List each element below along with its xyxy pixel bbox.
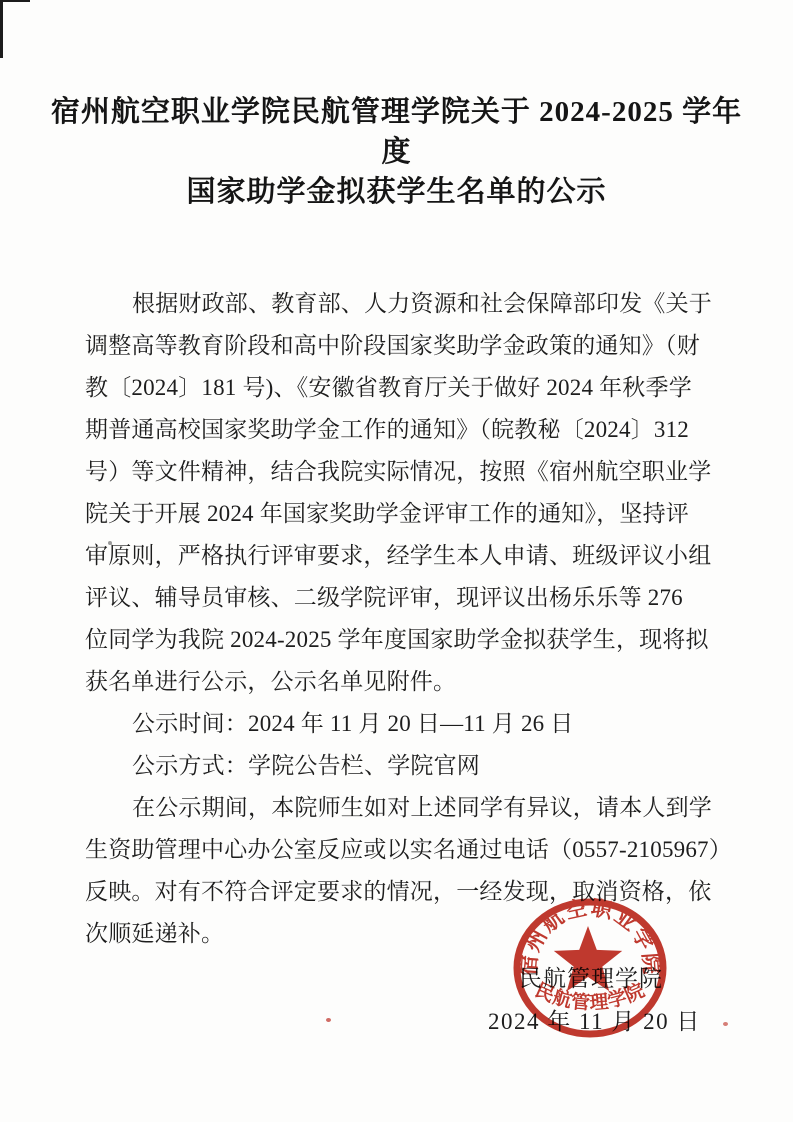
seal-ink-speck [723, 1022, 728, 1026]
body-line: 在公示期间，本院师生如对上述同学有异议，请本人到学 [85, 787, 713, 829]
official-seal: 宿州航空职业学院 民航管理学院 [508, 895, 672, 1043]
scan-artifact-vertical-line [0, 0, 3, 58]
body-line: 期普通高校国家奖助学金工作的通知》（皖教秘〔2024〕312 [85, 409, 713, 451]
seal-ink-speck [326, 1018, 331, 1022]
title-line-2: 度 [0, 132, 793, 172]
body-line: 公示方式：学院公告栏、学院官网 [85, 745, 713, 787]
body-line: 调整高等教育阶段和高中阶段国家奖助学金政策的通知》（财 [85, 325, 713, 367]
title-line-1: 宿州航空职业学院民航管理学院关于 2024-2025 学年 [0, 92, 793, 132]
scan-artifact-horizontal-line [0, 0, 30, 2]
body-line: 生资助管理中心办公室反应或以实名通过电话（0557-2105967） [85, 829, 713, 871]
body-line: 评议、辅导员审核、二级学院评审，现评议出杨乐乐等 276 [85, 577, 713, 619]
document-page: 宿州航空职业学院民航管理学院关于 2024-2025 学年 度 国家助学金拟获学… [0, 0, 793, 1122]
body-line: 公示时间：2024 年 11 月 20 日—11 月 26 日 [85, 703, 713, 745]
document-title: 宿州航空职业学院民航管理学院关于 2024-2025 学年 度 国家助学金拟获学… [0, 92, 793, 212]
body-line: 院关于开展 2024 年国家奖助学金评审工作的通知》，坚持评 [85, 493, 713, 535]
body-line: 教〔2024〕181 号)、《安徽省教育厅关于做好 2024 年秋季学 [85, 367, 713, 409]
seal-bottom-text: 民航管理学院 [532, 978, 648, 1014]
document-body: 根据财政部、教育部、人力资源和社会保障部印发《关于 调整高等教育阶段和高中阶段国… [85, 283, 713, 955]
title-line-3: 国家助学金拟获学生名单的公示 [0, 172, 793, 212]
body-line: 获名单进行公示，公示名单见附件。 [85, 661, 713, 703]
body-line: 审原则，严格执行评审要求，经学生本人申请、班级评议小组 [85, 535, 713, 577]
seal-star-icon [554, 926, 622, 991]
body-line: 根据财政部、教育部、人力资源和社会保障部印发《关于 [85, 283, 713, 325]
body-line: 号）等文件精神，结合我院实际情况，按照《宿州航空职业学 [85, 451, 713, 493]
body-line: 位同学为我院 2024-2025 学年度国家助学金拟获学生，现将拟 [85, 619, 713, 661]
